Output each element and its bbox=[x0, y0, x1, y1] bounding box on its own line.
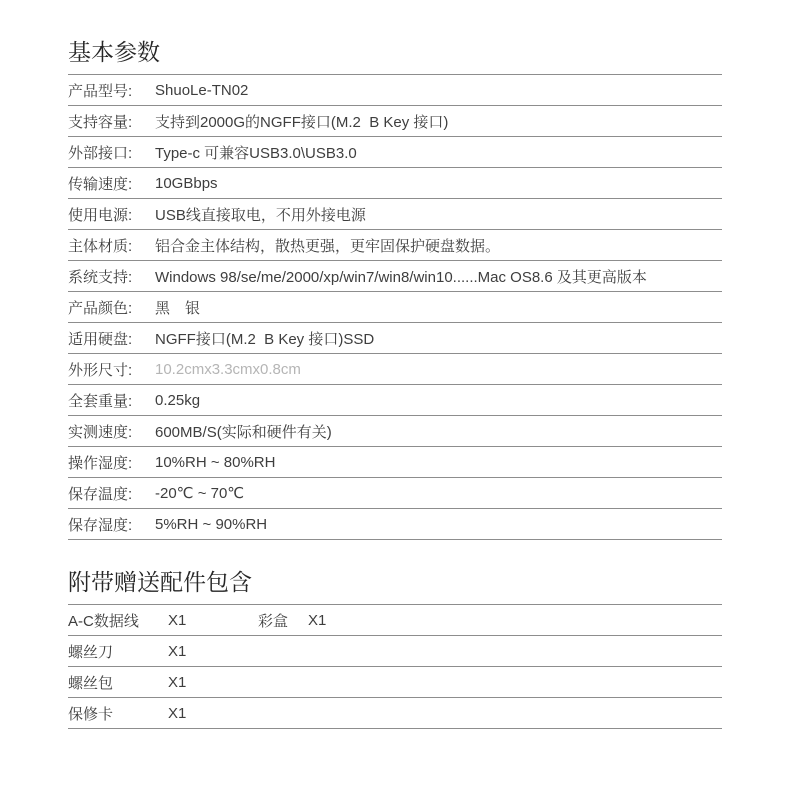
spec-label: 适用硬盘: bbox=[68, 328, 155, 349]
section-title-basic-params: 基本参数 bbox=[68, 0, 722, 74]
spec-value: 0.25kg bbox=[155, 392, 200, 409]
spec-value: USB线直接取电，不用外接电源 bbox=[155, 204, 366, 225]
accessory-name: 螺丝刀 bbox=[68, 641, 168, 662]
spec-value: 支持到2000G的NGFF接口(M.2 B Key 接口) bbox=[155, 111, 448, 132]
spec-row-material: 主体材质: 铝合金主体结构，散热更强，更牢固保护硬盘数据。 bbox=[68, 230, 722, 261]
accessories-table: A-C数据线 X1 彩盒 X1 螺丝刀 X1 螺丝包 X1 保修卡 X1 bbox=[68, 604, 722, 729]
accessory-qty: X1 bbox=[308, 612, 398, 629]
spec-row-dimensions: 外形尺寸: 10.2cmx3.3cmx0.8cm bbox=[68, 354, 722, 385]
accessory-name: 保修卡 bbox=[68, 703, 168, 724]
spec-label: 外部接口: bbox=[68, 142, 155, 163]
spec-label: 传输速度: bbox=[68, 173, 155, 194]
accessory-qty: X1 bbox=[168, 674, 258, 691]
spec-row-compatible-disk: 适用硬盘: NGFF接口(M.2 B Key 接口)SSD bbox=[68, 323, 722, 354]
spec-row-os-support: 系统支持: Windows 98/se/me/2000/xp/win7/win8… bbox=[68, 261, 722, 292]
accessory-name: A-C数据线 bbox=[68, 610, 168, 631]
content-area: 基本参数 产品型号: ShuoLe-TN02 支持容量: 支持到2000G的NG… bbox=[68, 0, 722, 729]
spec-label: 保存温度: bbox=[68, 483, 155, 504]
spec-label: 使用电源: bbox=[68, 204, 155, 225]
spec-value: 10GBbps bbox=[155, 175, 218, 192]
accessory-name: 彩盒 bbox=[258, 610, 308, 631]
spec-value: Windows 98/se/me/2000/xp/win7/win8/win10… bbox=[155, 266, 647, 287]
accessory-row-screwdriver: 螺丝刀 X1 bbox=[68, 636, 722, 667]
spec-row-operating-humidity: 操作湿度: 10%RH ~ 80%RH bbox=[68, 447, 722, 478]
accessory-row-warranty-card: 保修卡 X1 bbox=[68, 698, 722, 729]
spec-value: Type-c 可兼容USB3.0\USB3.0 bbox=[155, 142, 357, 163]
spec-row-external-interface: 外部接口: Type-c 可兼容USB3.0\USB3.0 bbox=[68, 137, 722, 168]
spec-row-model: 产品型号: ShuoLe-TN02 bbox=[68, 75, 722, 106]
accessory-row-cable-and-box: A-C数据线 X1 彩盒 X1 bbox=[68, 605, 722, 636]
spec-value: 600MB/S(实际和硬件有关) bbox=[155, 421, 332, 442]
spec-row-transfer-speed: 传输速度: 10GBbps bbox=[68, 168, 722, 199]
spec-row-capacity: 支持容量: 支持到2000G的NGFF接口(M.2 B Key 接口) bbox=[68, 106, 722, 137]
product-spec-page: 基本参数 产品型号: ShuoLe-TN02 支持容量: 支持到2000G的NG… bbox=[0, 0, 790, 790]
spec-value: 黑 银 bbox=[155, 297, 200, 318]
accessory-qty: X1 bbox=[168, 643, 258, 660]
spec-row-measured-speed: 实测速度: 600MB/S(实际和硬件有关) bbox=[68, 416, 722, 447]
spec-label: 外形尺寸: bbox=[68, 359, 155, 380]
accessory-qty: X1 bbox=[168, 612, 258, 629]
accessory-row-screw-pack: 螺丝包 X1 bbox=[68, 667, 722, 698]
spec-label: 保存湿度: bbox=[68, 514, 155, 535]
spec-value: 铝合金主体结构，散热更强，更牢固保护硬盘数据。 bbox=[155, 235, 500, 256]
spec-row-storage-humidity: 保存湿度: 5%RH ~ 90%RH bbox=[68, 509, 722, 540]
spec-label: 产品颜色: bbox=[68, 297, 155, 318]
basic-params-table: 产品型号: ShuoLe-TN02 支持容量: 支持到2000G的NGFF接口(… bbox=[68, 74, 722, 540]
spec-label: 全套重量: bbox=[68, 390, 155, 411]
spec-value: -20℃ ~ 70℃ bbox=[155, 484, 244, 502]
section-title-accessories: 附带赠送配件包含 bbox=[68, 540, 722, 604]
accessory-name: 螺丝包 bbox=[68, 672, 168, 693]
spec-label: 主体材质: bbox=[68, 235, 155, 256]
spec-row-weight: 全套重量: 0.25kg bbox=[68, 385, 722, 416]
spec-value: 5%RH ~ 90%RH bbox=[155, 516, 267, 533]
spec-value: ShuoLe-TN02 bbox=[155, 82, 248, 99]
spec-row-power: 使用电源: USB线直接取电，不用外接电源 bbox=[68, 199, 722, 230]
spec-row-color: 产品颜色: 黑 银 bbox=[68, 292, 722, 323]
spec-value: 10.2cmx3.3cmx0.8cm bbox=[155, 361, 301, 378]
spec-label: 实测速度: bbox=[68, 421, 155, 442]
accessory-qty: X1 bbox=[168, 705, 258, 722]
spec-row-storage-temperature: 保存温度: -20℃ ~ 70℃ bbox=[68, 478, 722, 509]
spec-label: 操作湿度: bbox=[68, 452, 155, 473]
spec-value: 10%RH ~ 80%RH bbox=[155, 454, 275, 471]
spec-value: NGFF接口(M.2 B Key 接口)SSD bbox=[155, 328, 374, 349]
spec-label: 产品型号: bbox=[68, 80, 155, 101]
spec-label: 系统支持: bbox=[68, 266, 155, 287]
spec-label: 支持容量: bbox=[68, 111, 155, 132]
